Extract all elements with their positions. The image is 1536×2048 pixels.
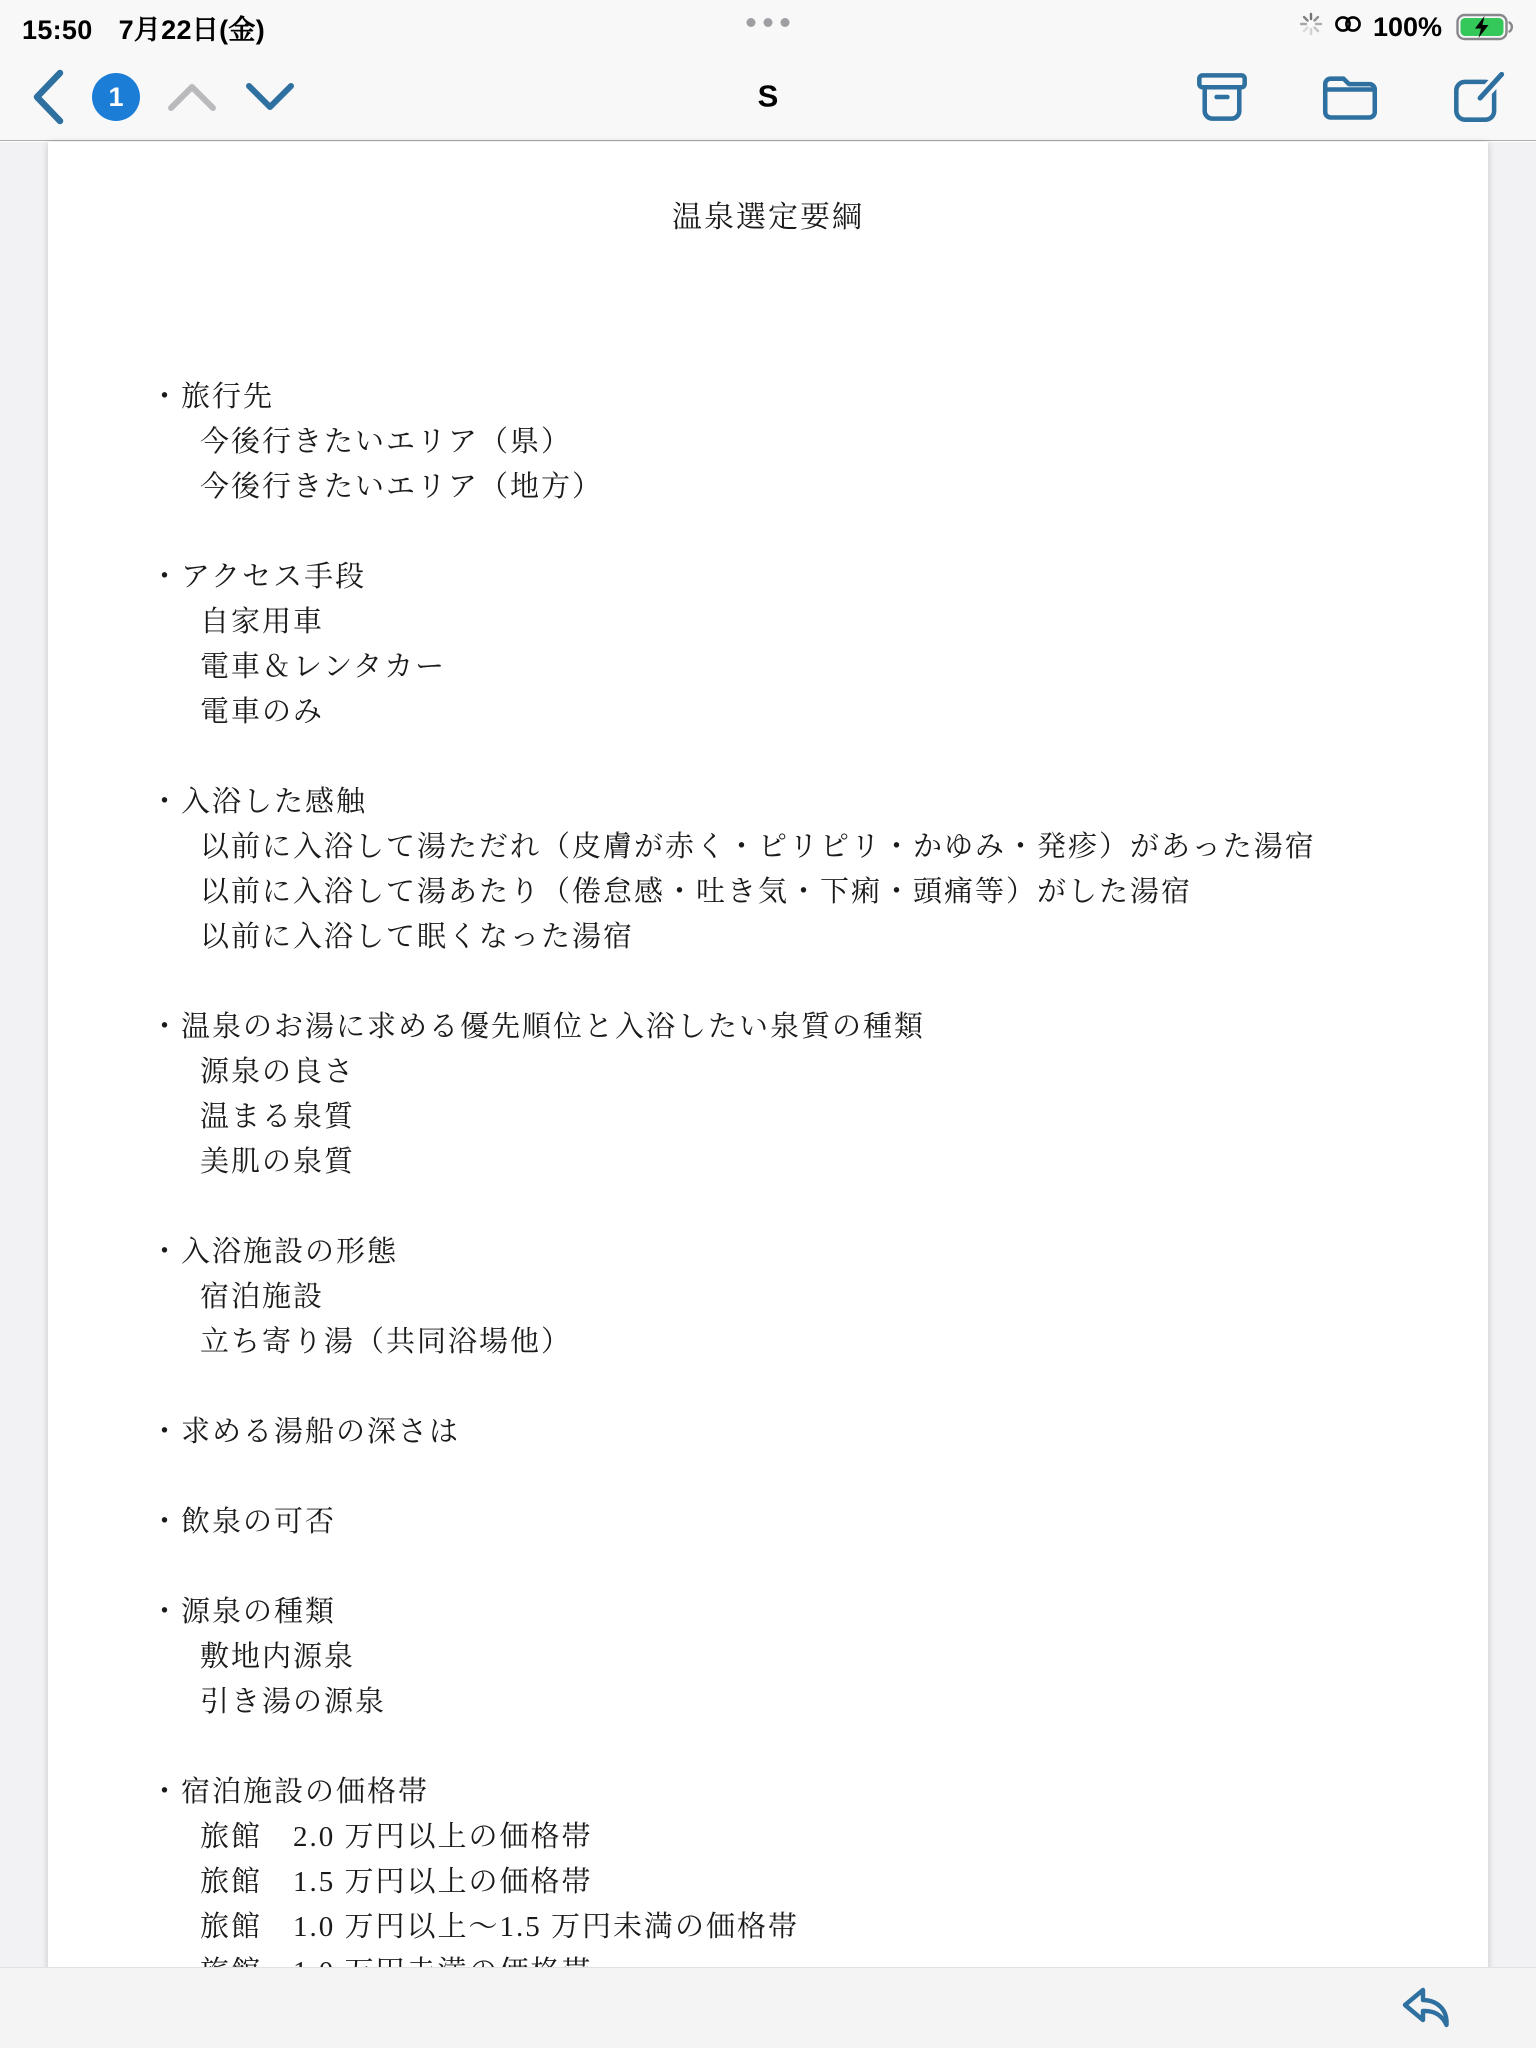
- sync-activity-icon: [1299, 12, 1323, 43]
- message-title: S: [758, 78, 779, 114]
- next-message-button[interactable]: [244, 80, 296, 114]
- personal-hotspot-icon: [1333, 12, 1363, 43]
- battery-icon: [1456, 12, 1514, 42]
- list-item: 以前に入浴して眠くなった湯宿: [150, 915, 1448, 960]
- mail-body-area: 温泉選定要綱 ・旅行先今後行きたいエリア（県）今後行きたいエリア（地方）・アクセ…: [0, 142, 1536, 2048]
- status-date: 7月22日(金): [119, 8, 265, 47]
- document-sections: ・旅行先今後行きたいエリア（県）今後行きたいエリア（地方）・アクセス手段自家用車…: [150, 375, 1448, 1995]
- clock-time: 15:50: [22, 15, 93, 46]
- battery-percent: 100%: [1373, 12, 1442, 43]
- bottom-toolbar: [0, 1967, 1536, 2048]
- document-section: ・入浴した感触以前に入浴して湯ただれ（皮膚が赤く・ピリピリ・かゆみ・発疹）があっ…: [150, 780, 1448, 960]
- nav-bar: 1 S: [0, 54, 1536, 140]
- section-heading: ・入浴した感触: [150, 780, 1448, 825]
- section-heading: ・宿泊施設の価格帯: [150, 1770, 1448, 1815]
- list-item: 温まる泉質: [150, 1095, 1448, 1140]
- list-item: 旅館 2.0 万円以上の価格帯: [150, 1815, 1448, 1860]
- document-section: ・入浴施設の形態宿泊施設立ち寄り湯（共同浴場他）: [150, 1230, 1448, 1365]
- section-heading: ・入浴施設の形態: [150, 1230, 1448, 1275]
- list-item: 以前に入浴して湯ただれ（皮膚が赤く・ピリピリ・かゆみ・発疹）があった湯宿: [150, 825, 1448, 870]
- compose-button[interactable]: [1452, 70, 1506, 124]
- list-item: 今後行きたいエリア（地方）: [150, 465, 1448, 510]
- move-to-folder-button[interactable]: [1322, 73, 1378, 121]
- list-item: 美肌の泉質: [150, 1140, 1448, 1185]
- list-item: 今後行きたいエリア（県）: [150, 420, 1448, 465]
- list-item: 自家用車: [150, 600, 1448, 645]
- reply-button[interactable]: [1400, 1985, 1454, 2031]
- header: 15:50 7月22日(金): [0, 0, 1536, 141]
- document-section: ・旅行先今後行きたいエリア（県）今後行きたいエリア（地方）: [150, 375, 1448, 510]
- list-item: 旅館 1.0 万円以上～1.5 万円未満の価格帯: [150, 1905, 1448, 1950]
- section-heading: ・求める湯船の深さは: [150, 1410, 1448, 1455]
- list-item: 旅館 1.5 万円以上の価格帯: [150, 1860, 1448, 1905]
- status-bar: 15:50 7月22日(金): [0, 0, 1536, 54]
- document-section: ・宿泊施設の価格帯旅館 2.0 万円以上の価格帯旅館 1.5 万円以上の価格帯旅…: [150, 1770, 1448, 1995]
- list-item: 電車のみ: [150, 690, 1448, 735]
- document-section: ・求める湯船の深さは: [150, 1410, 1448, 1455]
- list-item: 引き湯の源泉: [150, 1680, 1448, 1725]
- section-heading: ・飲泉の可否: [150, 1500, 1448, 1545]
- section-heading: ・アクセス手段: [150, 555, 1448, 600]
- archive-button[interactable]: [1196, 70, 1248, 124]
- document-page: 温泉選定要綱 ・旅行先今後行きたいエリア（県）今後行きたいエリア（地方）・アクセ…: [48, 142, 1488, 2048]
- list-item: 宿泊施設: [150, 1275, 1448, 1320]
- document-section: ・アクセス手段自家用車電車＆レンタカー電車のみ: [150, 555, 1448, 735]
- document-title: 温泉選定要綱: [150, 195, 1448, 240]
- unread-count-badge: 1: [92, 73, 140, 121]
- multitask-indicator[interactable]: [747, 18, 790, 27]
- back-button[interactable]: [30, 68, 66, 126]
- document-section: ・温泉のお湯に求める優先順位と入浴したい泉質の種類源泉の良さ温まる泉質美肌の泉質: [150, 1005, 1448, 1185]
- previous-message-button[interactable]: [166, 80, 218, 114]
- section-heading: ・源泉の種類: [150, 1590, 1448, 1635]
- section-heading: ・旅行先: [150, 375, 1448, 420]
- list-item: 立ち寄り湯（共同浴場他）: [150, 1320, 1448, 1365]
- document-section: ・飲泉の可否: [150, 1500, 1448, 1545]
- list-item: 電車＆レンタカー: [150, 645, 1448, 690]
- document-section: ・源泉の種類敷地内源泉引き湯の源泉: [150, 1590, 1448, 1725]
- list-item: 以前に入浴して湯あたり（倦怠感・吐き気・下痢・頭痛等）がした湯宿: [150, 870, 1448, 915]
- list-item: 源泉の良さ: [150, 1050, 1448, 1095]
- list-item: 敷地内源泉: [150, 1635, 1448, 1680]
- section-heading: ・温泉のお湯に求める優先順位と入浴したい泉質の種類: [150, 1005, 1448, 1050]
